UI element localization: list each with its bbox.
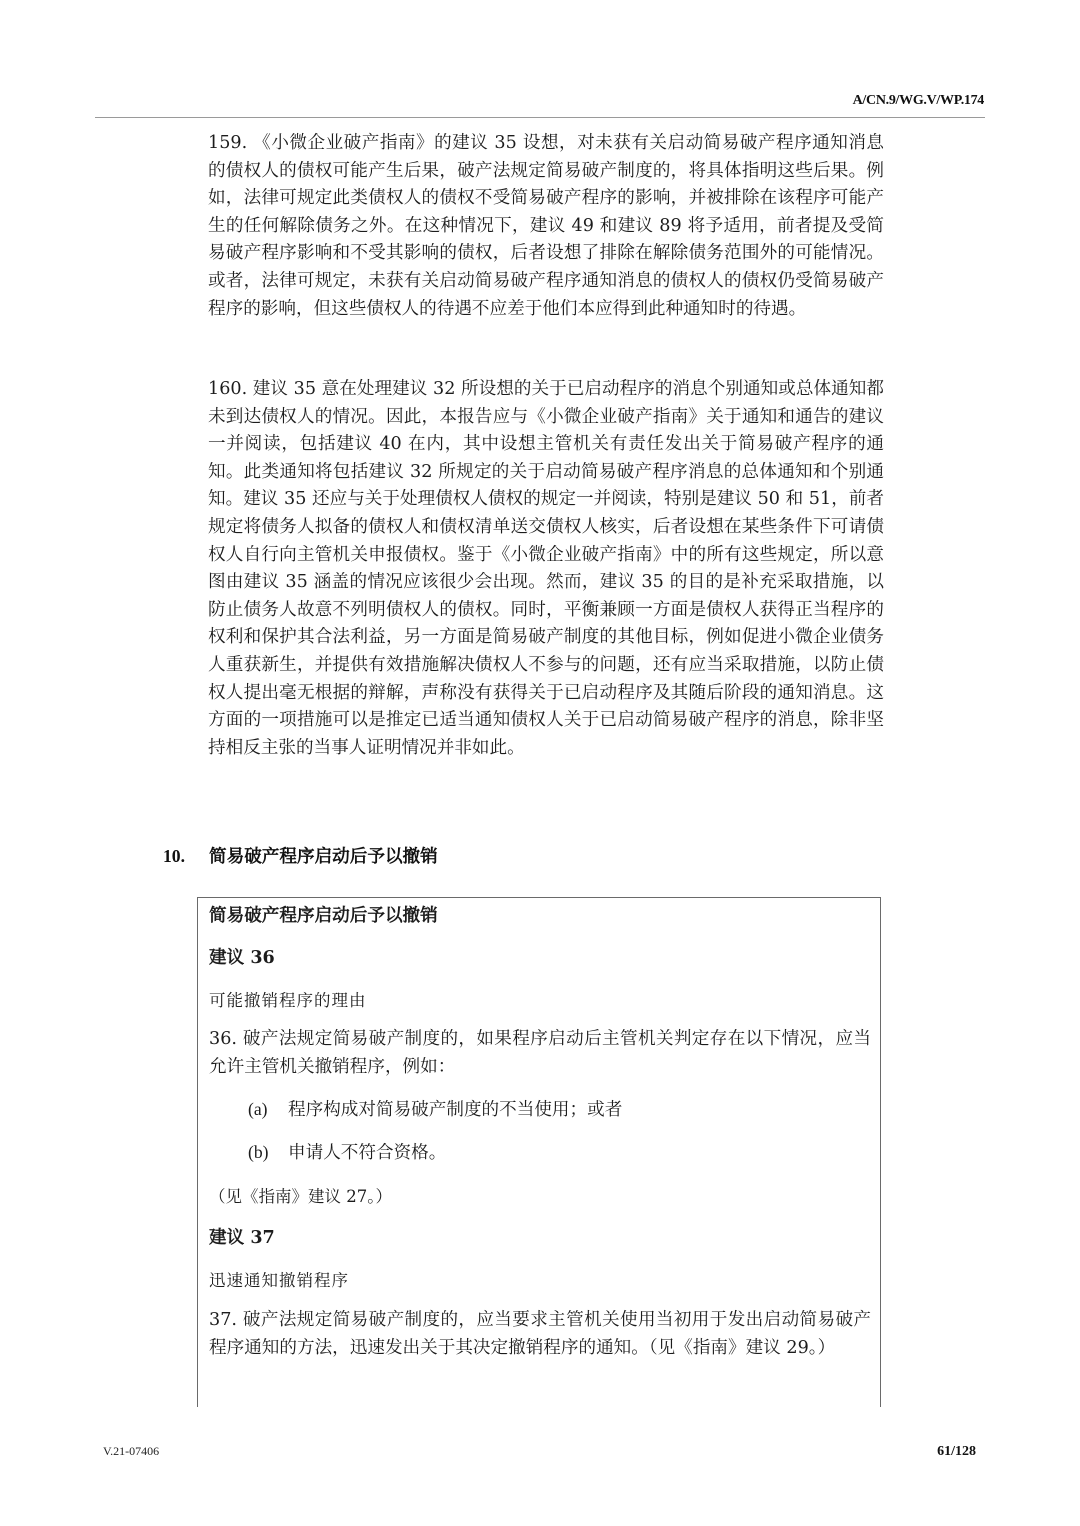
section-title: 简易破产程序启动后予以撤销 (209, 846, 438, 867)
section-heading: 10.简易破产程序启动后予以撤销 (163, 843, 438, 868)
header-rule (95, 117, 985, 118)
list-item-label: (a) (248, 1096, 288, 1124)
footer-page-number: 61/128 (937, 1444, 976, 1460)
list-item-label: (b) (248, 1139, 288, 1167)
paragraph-160: 160. 建议 35 意在处理建议 32 所设想的关于已启动程序的消息个别通知或… (208, 376, 884, 762)
list-item-a: (a)程序构成对简易破产制度的不当使用；或者 (248, 1096, 848, 1125)
document-symbol: A/CN.9/WG.V/WP.174 (853, 93, 984, 109)
recommendation-36-text: 36. 破产法规定简易破产制度的，如果程序启动后主管机关判定存在以下情况，应当允… (209, 1026, 871, 1081)
recommendation-36-reference: （见《指南》建议 27。） (209, 1183, 871, 1211)
footer-document-code: V.21-07406 (103, 1444, 159, 1459)
recommendation-box: 简易破产程序启动后予以撤销 建议 36 可能撤销程序的理由 36. 破产法规定简… (197, 897, 881, 1407)
recommendation-36-subheading: 可能撤销程序的理由 (209, 987, 871, 1015)
recommendation-37-heading: 建议 37 (209, 1224, 871, 1252)
recommendation-36-heading: 建议 36 (209, 944, 871, 972)
recommendation-37-text: 37. 破产法规定简易破产制度的，应当要求主管机关使用当初用于发出启动简易破产程… (209, 1307, 871, 1362)
list-item-b: (b)申请人不符合资格。 (248, 1139, 848, 1168)
paragraph-159: 159. 《小微企业破产指南》的建议 35 设想，对未获有关启动简易破产程序通知… (208, 130, 884, 323)
section-number: 10. (163, 846, 209, 867)
list-item-text: 申请人不符合资格。 (288, 1143, 446, 1163)
recommendation-37-subheading: 迅速通知撤销程序 (209, 1267, 871, 1295)
box-title: 简易破产程序启动后予以撤销 (209, 902, 871, 930)
list-item-text: 程序构成对简易破产制度的不当使用；或者 (288, 1100, 622, 1120)
